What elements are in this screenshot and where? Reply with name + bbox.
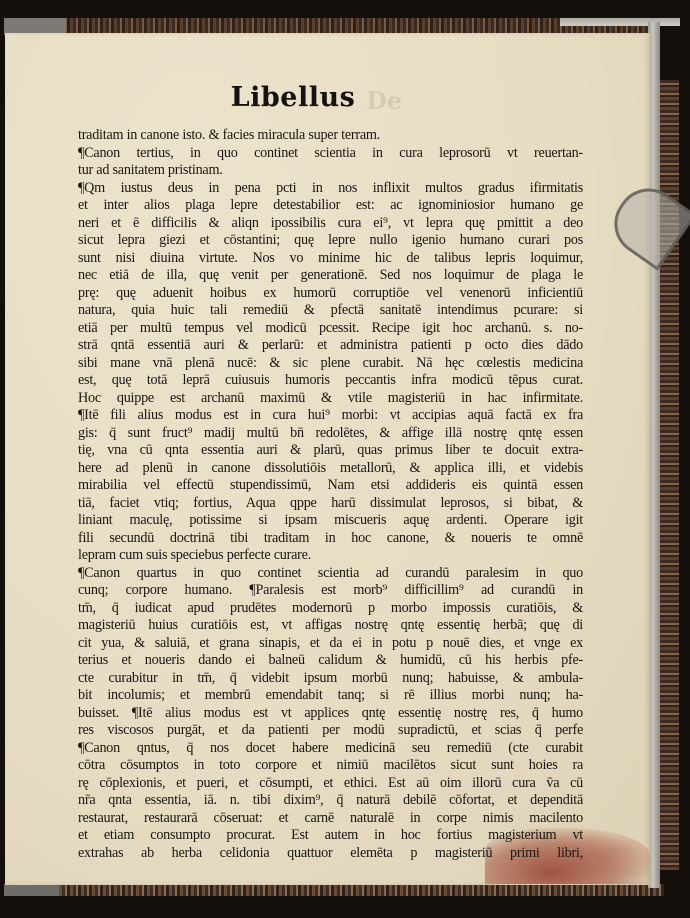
text-line: buisset. ¶Itē alius modus est vt applice… bbox=[78, 705, 583, 723]
text-line: fili secundū doctrinā tibi traditam in h… bbox=[78, 530, 583, 548]
text-line: liniant maculę, potissime si ipsam miscu… bbox=[78, 512, 583, 530]
text-line: tm̄, q̄ iudicat apud prudētes modernorū … bbox=[78, 600, 583, 618]
board-corner-top-left bbox=[4, 18, 66, 34]
marbled-board-bottom bbox=[4, 884, 664, 896]
text-line: cōtra cōsumptos in toto corpore et nimiū… bbox=[78, 757, 583, 775]
text-line: est, quę totā leprā cuiusuis humoris pec… bbox=[78, 372, 583, 390]
text-line: nec etiā de illa, quę venit per generati… bbox=[78, 267, 583, 285]
text-line: lepram cum suis speciebus perfecte curar… bbox=[78, 547, 583, 565]
text-line: bit incolumis; et membrū emendabit tanq;… bbox=[78, 687, 583, 705]
text-line: et inter alios plaga lepre detestabilior… bbox=[78, 197, 583, 215]
glass-plate-top-edge bbox=[560, 18, 680, 26]
text-line: Hoc quippe est archanū maximū & vtile ma… bbox=[78, 390, 583, 408]
text-line: tię, vna cū qnta essentia auri & plarū, … bbox=[78, 442, 583, 460]
text-line: tiā, faciet vtiq; fortius, Aqua qppe har… bbox=[78, 495, 583, 513]
text-line: here ad plenū in canone dissolutiōis met… bbox=[78, 460, 583, 478]
text-line: sibi mane vnā plenā nucē: & sic plene cu… bbox=[78, 355, 583, 373]
text-line: ¶Canon tertius, in quo continet scientia… bbox=[78, 145, 583, 163]
text-line: mirabilia vel effectū stupendissimū, Nam… bbox=[78, 477, 583, 495]
text-line: cte curabitur in tm̄, q̄ videbit ipsum m… bbox=[78, 670, 583, 688]
text-line: sunt nisi diuina virtute. Nos vo minime … bbox=[78, 250, 583, 268]
text-line: cit yua, & saluiā, et grana sinapis, et … bbox=[78, 635, 583, 653]
text-line: cunq; corpore humano. ¶Paralesis est mor… bbox=[78, 582, 583, 600]
text-line: ¶Canon quartus in quo continet scientia … bbox=[78, 565, 583, 583]
text-line: extrahas ab herba celidonia quattuor ele… bbox=[78, 845, 583, 863]
text-line: sicut lepra giezi et cōstantini; quę lep… bbox=[78, 232, 583, 250]
text-line: ¶Canon qntus, q̄ nos docet habere medici… bbox=[78, 740, 583, 758]
text-line: strā qntā essentiā auri & perlarū: et ad… bbox=[78, 337, 583, 355]
text-line: rę cōplexionis, et pueri, et cōsumpti, e… bbox=[78, 775, 583, 793]
text-line: res viscosos purgāt, et da patienti per … bbox=[78, 722, 583, 740]
text-line: gis: q̄ sunt fruct⁹ madij multū bn̄ redo… bbox=[78, 425, 583, 443]
text-line: nr̄a qnta essentia, iā. n. tibi dixim⁹, … bbox=[78, 792, 583, 810]
text-line: magisteriū huius curatiōis est, vt affig… bbox=[78, 617, 583, 635]
text-line: et etiam consumpto procurat. Est autem i… bbox=[78, 827, 583, 845]
text-line: tur ad sanitatem pristinam. bbox=[78, 162, 583, 180]
text-line: ¶Qm iustus deus in pena pcti in nos infl… bbox=[78, 180, 583, 198]
text-line: traditam in canone isto. & facies miracu… bbox=[78, 127, 583, 145]
text-line: terius et noueris dando ei balneū calidu… bbox=[78, 652, 583, 670]
text-line: neri et ē difficilis & aliqn ipossibilis… bbox=[78, 215, 583, 233]
board-corner-bottom-left bbox=[4, 884, 59, 896]
body-text: traditam in canone isto. & facies miracu… bbox=[78, 127, 583, 862]
text-line: natura, quia huic tali remediū & pfectā … bbox=[78, 302, 583, 320]
text-line: restaurat, restaurarā cōseruat: et carnē… bbox=[78, 810, 583, 828]
text-line: ¶Itē fili alius modus est in cura hui⁹ m… bbox=[78, 407, 583, 425]
text-line: prę: quę aduenit hoibus ex humorū corrup… bbox=[78, 285, 583, 303]
running-head: Libellus bbox=[0, 82, 638, 113]
text-line: etiā per multū tempus vel modicū pcessit… bbox=[78, 320, 583, 338]
